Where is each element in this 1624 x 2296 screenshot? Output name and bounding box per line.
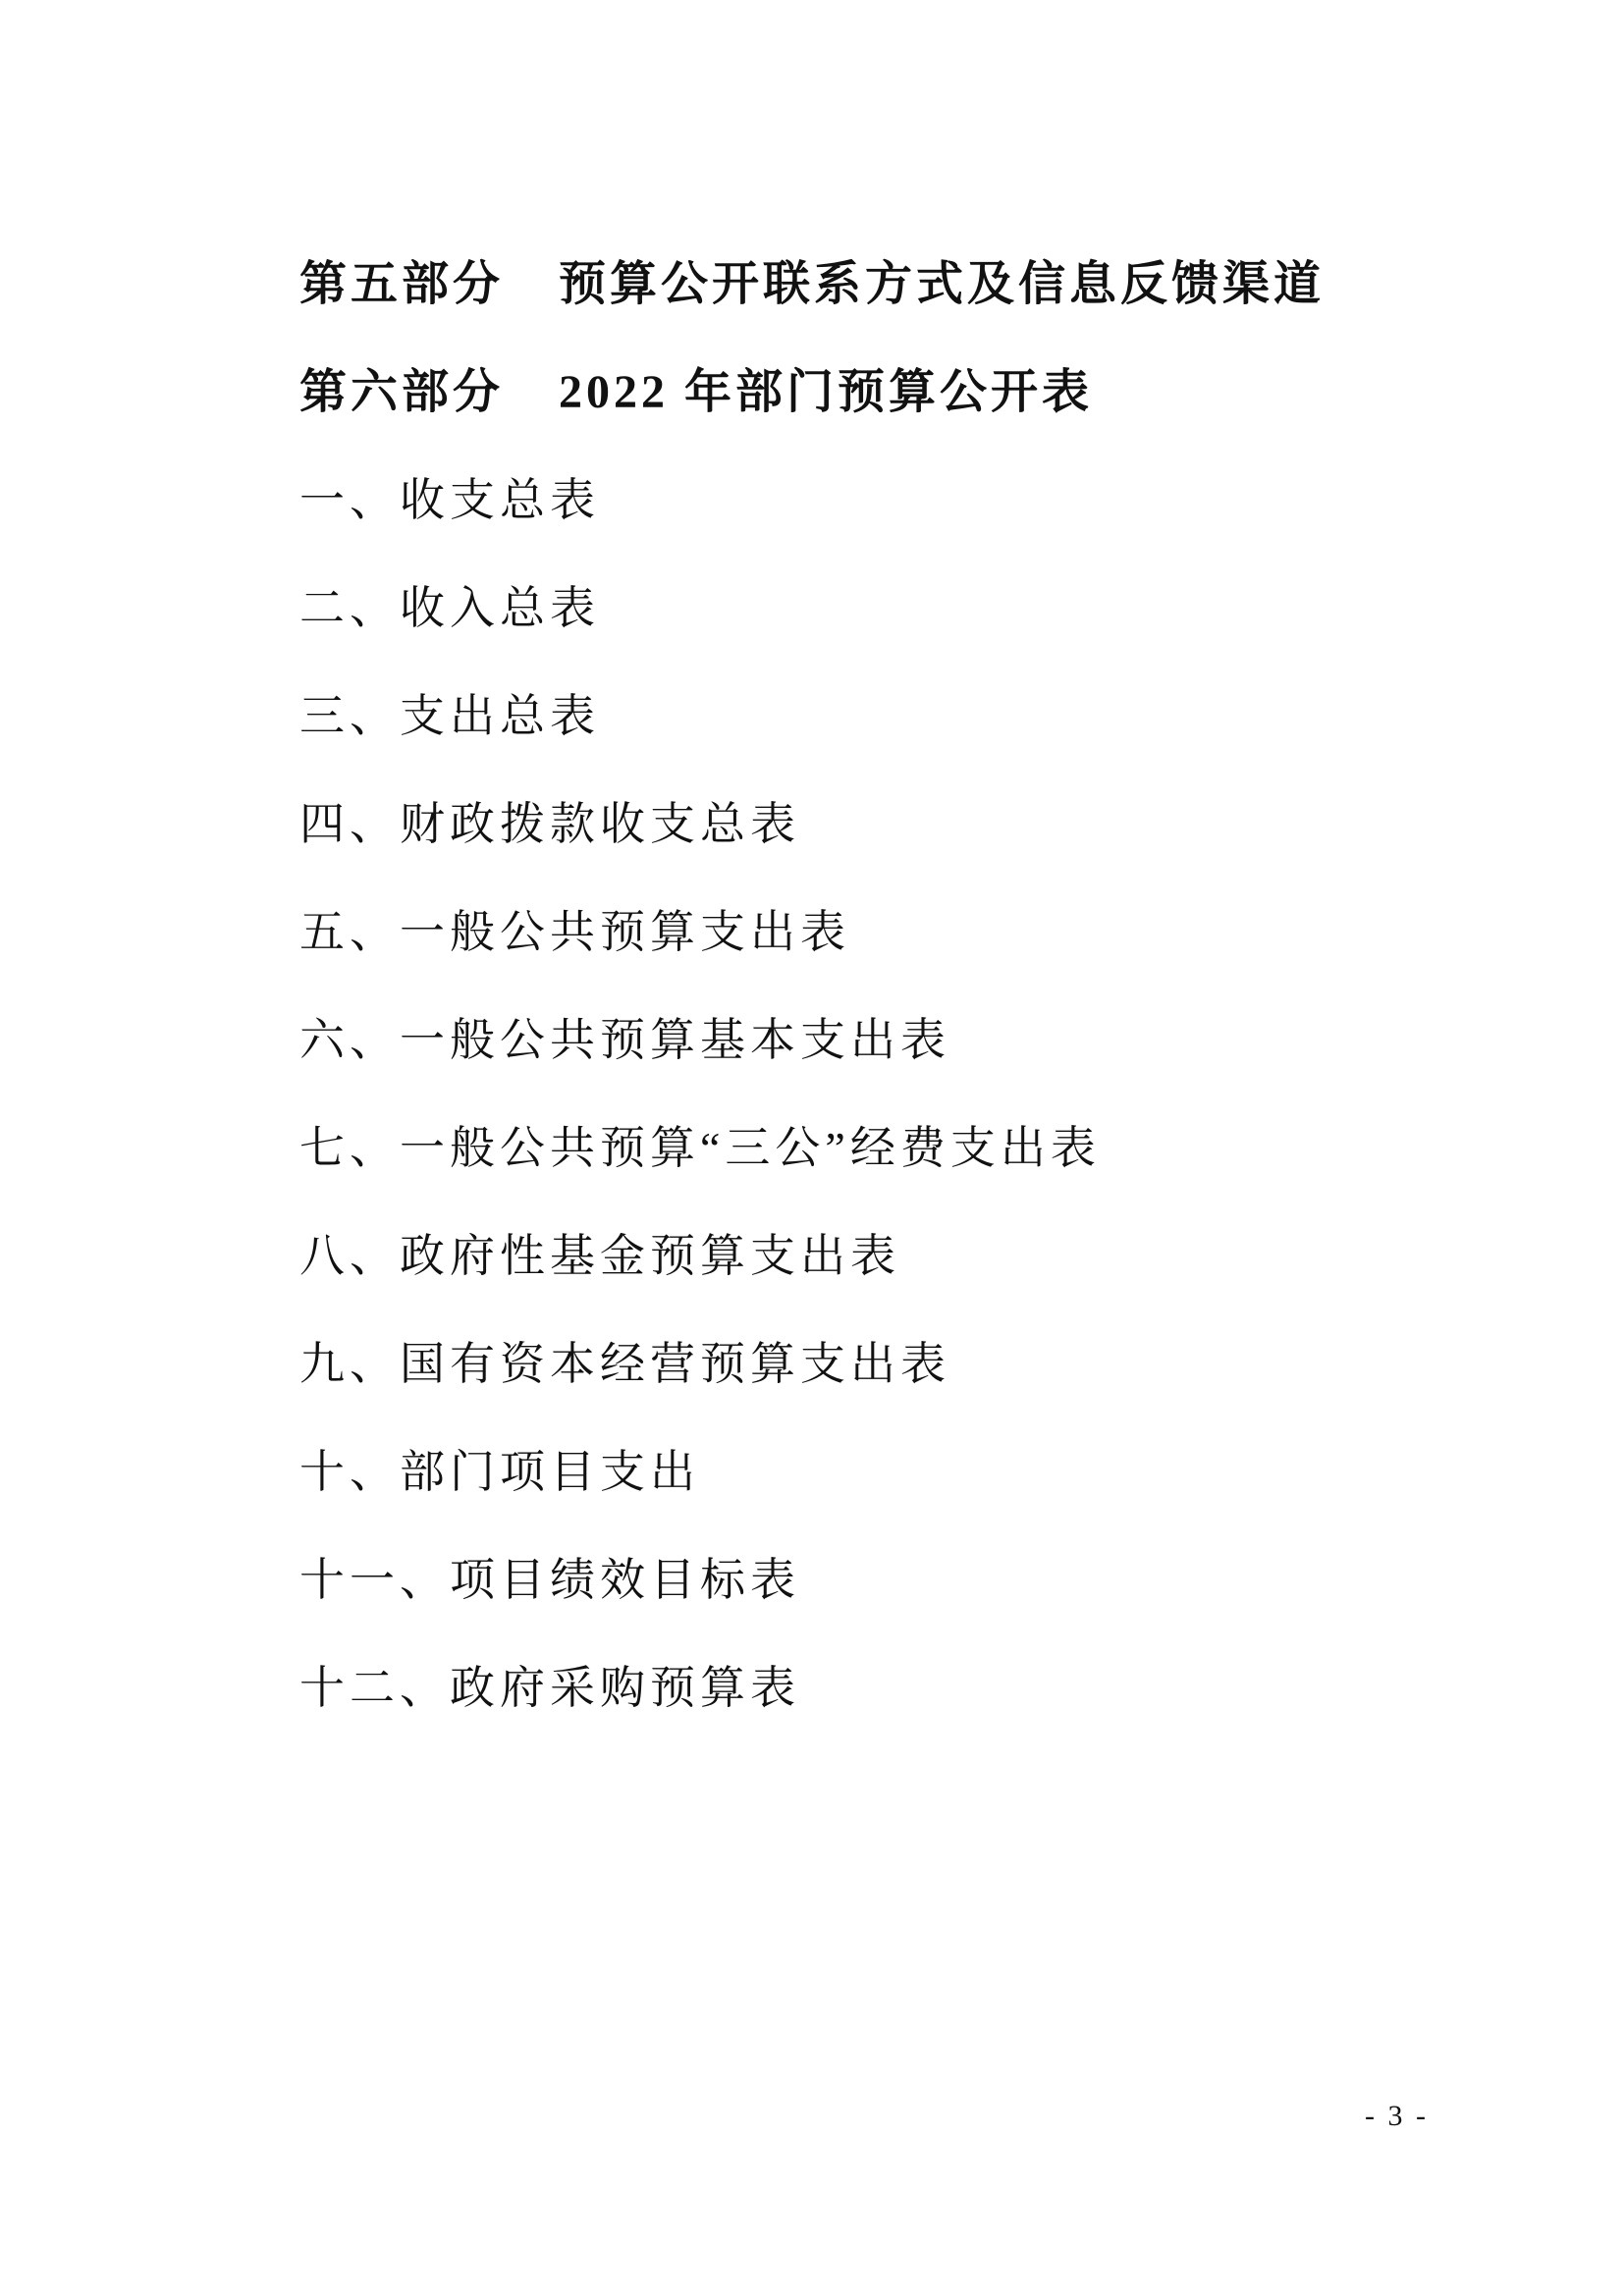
toc-item-6: 六、一般公共预算基本支出表 [299,987,1325,1095]
section-heading-part5: 第五部分预算公开联系方式及信息反馈渠道 [299,231,1325,339]
section-part-title: 预算公开联系方式及信息反馈渠道 [559,258,1325,310]
toc-item-3: 三、支出总表 [299,663,1325,771]
toc-item-8: 八、政府性基金预算支出表 [299,1202,1325,1310]
toc-item-10: 十、部门项目支出 [299,1418,1325,1526]
toc-item-4: 四、财政拨款收支总表 [299,771,1325,879]
toc-item-1: 一、收支总表 [299,447,1325,555]
page-number: - 3 - [1365,2100,1429,2133]
section-part-label: 第五部分 [299,258,504,310]
toc-item-7: 七、一般公共预算“三公”经费支出表 [299,1095,1325,1202]
toc-item-9: 九、国有资本经营预算支出表 [299,1310,1325,1418]
toc-item-12: 十二、政府采购预算表 [299,1634,1325,1742]
toc-item-2: 二、收入总表 [299,555,1325,663]
toc-item-11: 十一、项目绩效目标表 [299,1526,1325,1634]
table-of-contents: 第五部分预算公开联系方式及信息反馈渠道 第六部分2022 年部门预算公开表 一、… [299,231,1325,1742]
section-part-label: 第六部分 [299,366,504,418]
section-heading-part6: 第六部分2022 年部门预算公开表 [299,339,1325,447]
document-page: 第五部分预算公开联系方式及信息反馈渠道 第六部分2022 年部门预算公开表 一、… [0,0,1624,2296]
section-part-title: 2022 年部门预算公开表 [559,366,1093,418]
toc-item-5: 五、一般公共预算支出表 [299,879,1325,987]
